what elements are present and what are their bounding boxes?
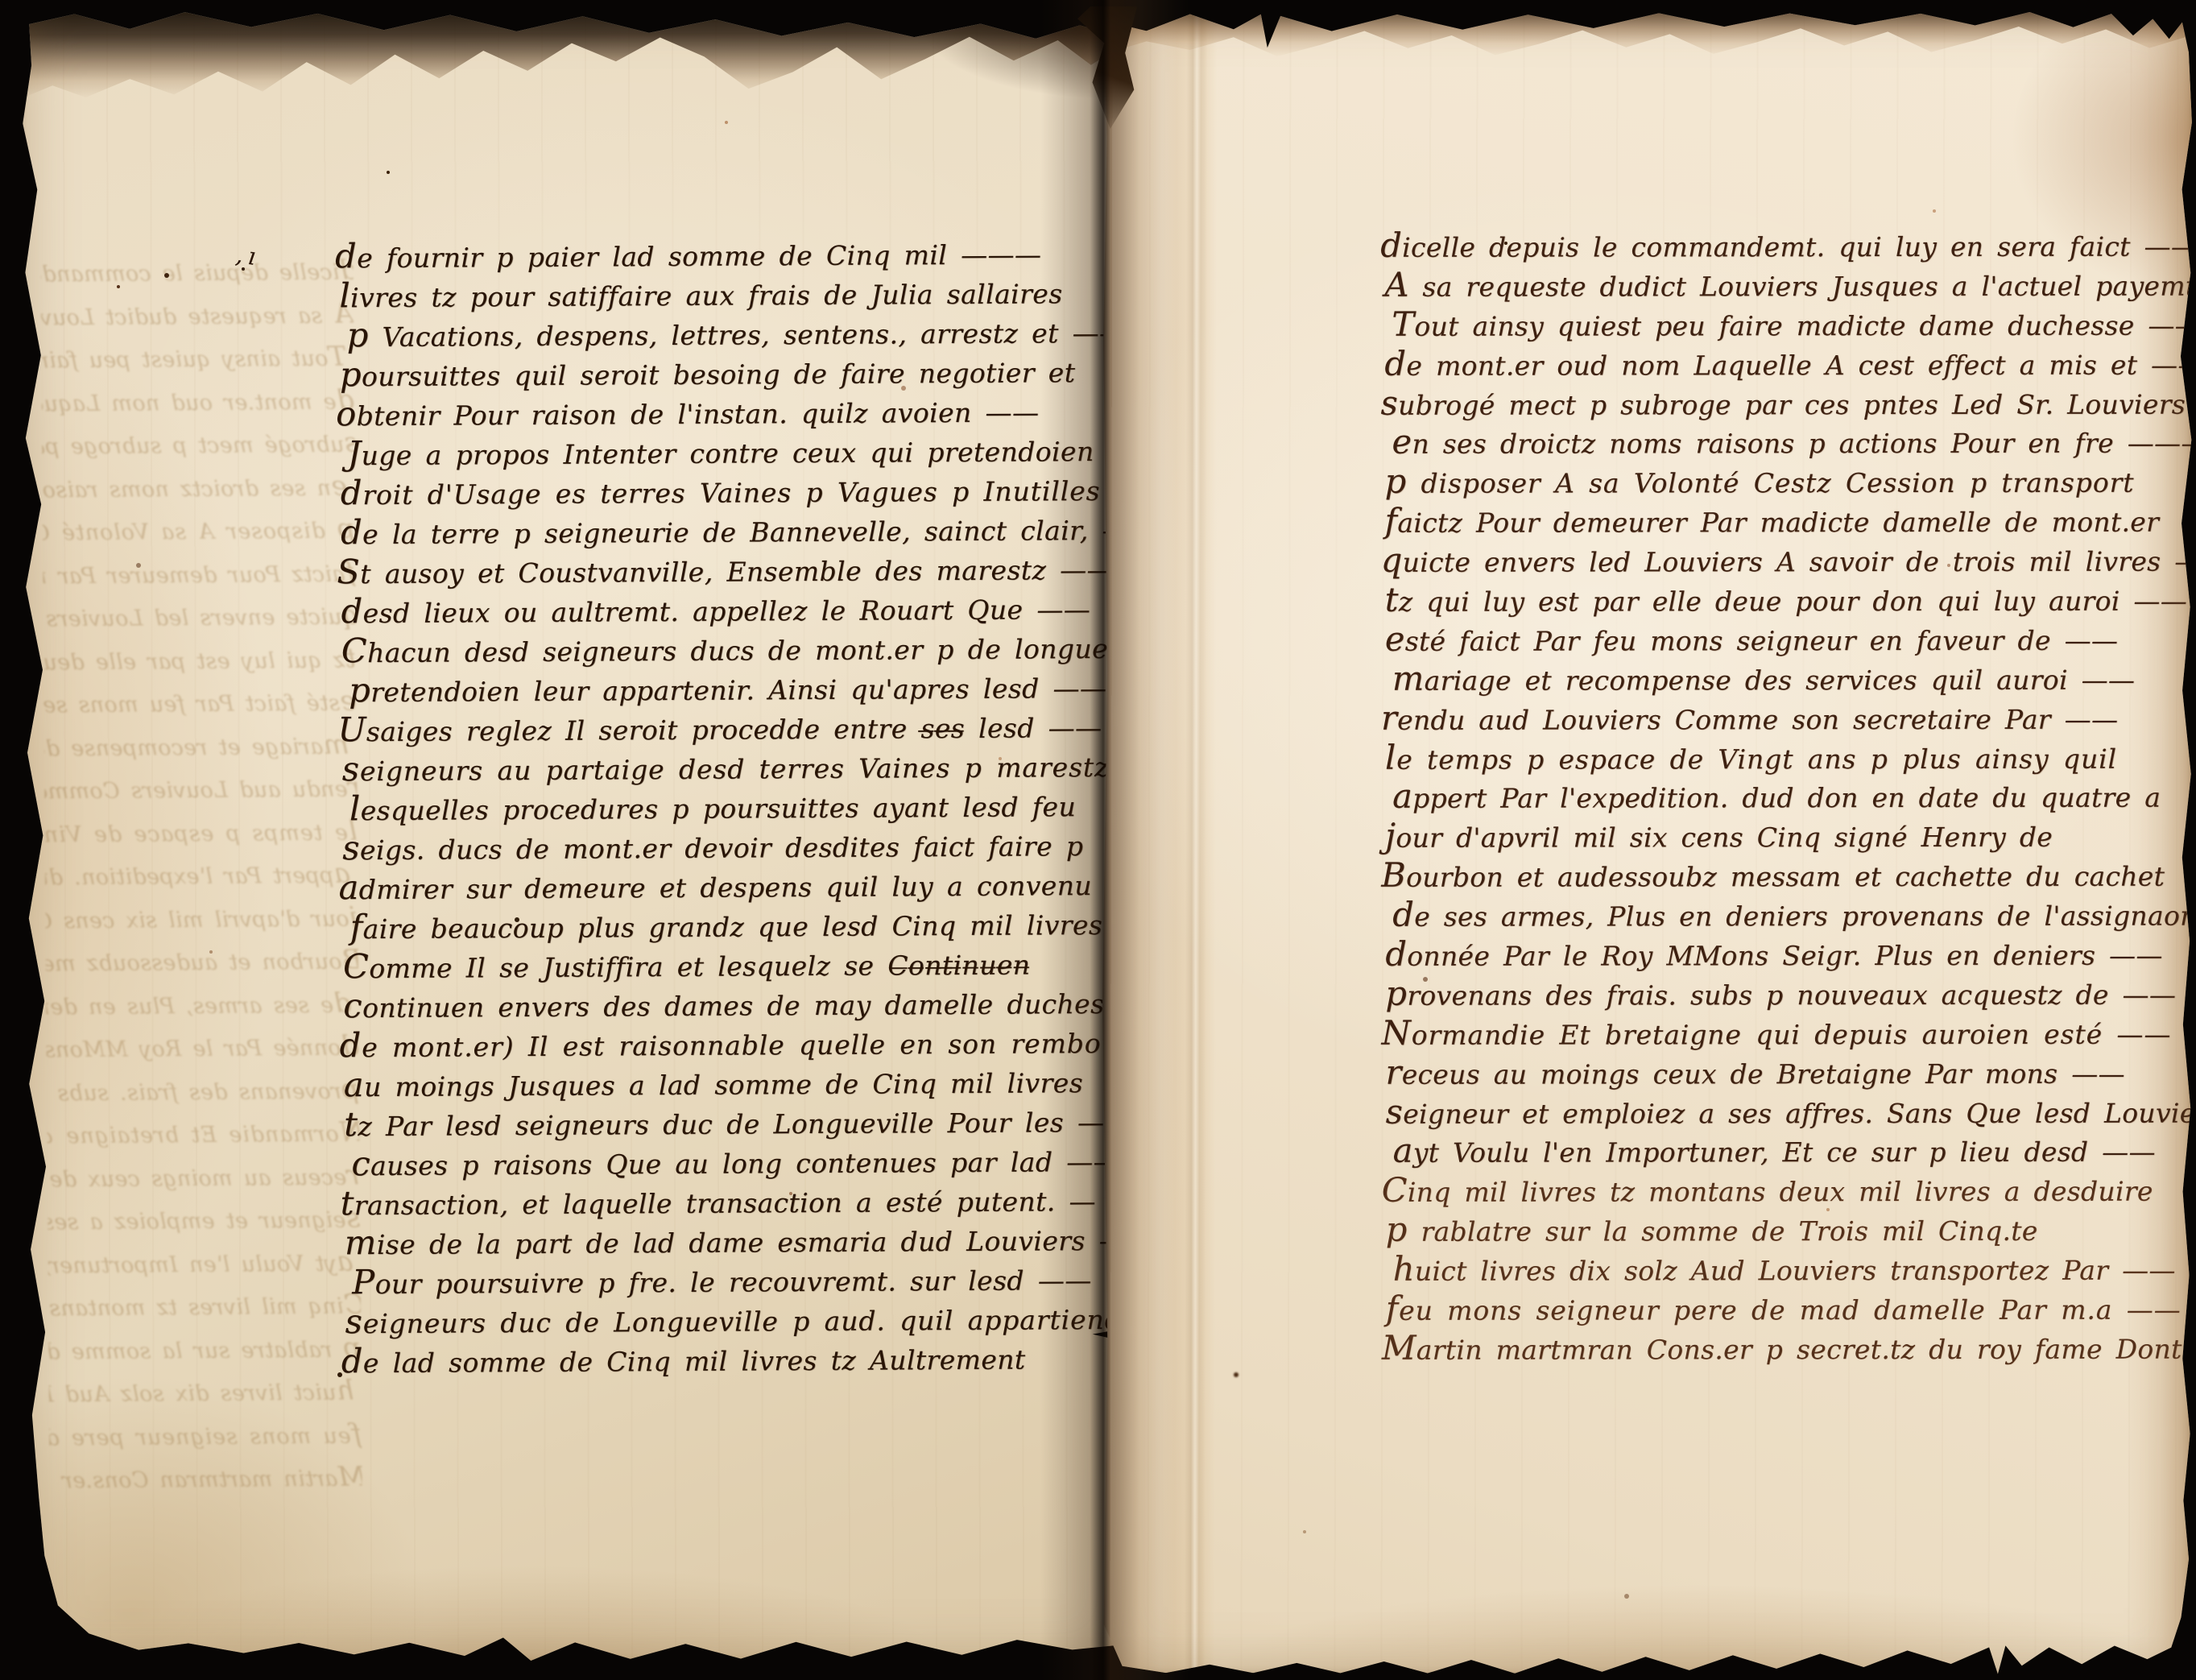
burnt-top-edge-left [19, 6, 1124, 100]
bleedthrough-line: le temps p espace de Vingt ans p plus ai… [44, 809, 357, 854]
manuscript-line: faire beaucoup plus grandz que lesd Cinq… [350, 903, 1108, 946]
manuscript-page-left: dicelle depuis le commandemt. qui luy en… [19, 6, 1127, 1664]
manuscript-line: mise de la part de lad dame esmaria dud … [345, 1219, 1110, 1262]
manuscript-line: de lad somme de Cinq mil livres tz Aultr… [341, 1337, 1110, 1380]
bleedthrough-line: de mont.er oud nom Laquelle A cest effec… [42, 379, 354, 424]
manuscript-line: seigneurs duc de Longueville p aud. quil… [345, 1297, 1110, 1341]
bleedthrough-line: mariage et recompense des services quil … [44, 723, 349, 768]
bleedthrough-line: Tout ainsy quiest peu faire madicte dame… [41, 336, 346, 381]
bleedthrough-line: dicelle depuis le commandemt. qui luy en… [40, 250, 357, 295]
manuscript-line: desd lieux ou aultremt. appellez le Roua… [341, 587, 1106, 631]
manuscript-line: Chacun desd seigneurs ducs de mont.er p … [341, 627, 1106, 670]
manuscript-line: de la terre p seigneurie de Bannevelle, … [341, 508, 1106, 552]
manuscript-line: ayt Voulu l'en Importuner, Et ce sur p l… [1393, 1131, 2151, 1171]
manuscript-line: droit d'Usage es terres Vaines p Vagues … [341, 469, 1106, 512]
manuscript-line: le temps p espace de Vingt ans p plus ai… [1385, 737, 2150, 777]
manuscript-line: Martin martmran Cons.er p secret.tz du r… [1382, 1328, 2151, 1368]
manuscript-line: en ses droictz noms raisons p actions Po… [1392, 422, 2150, 462]
manuscript-line: donnée Par le Roy MMons Seigr. Plus en d… [1385, 934, 2150, 974]
manuscript-line: feu mons seigneur pere de mad damelle Pa… [1386, 1289, 2151, 1329]
manuscript-line: Juge a propos Intenter contre ceux qui p… [347, 429, 1105, 473]
manuscript-page-right: dicelle depuis le commandemt. qui luy en… [1101, 4, 2194, 1676]
bleedthrough-line: esté faict Par feu mons seigneur en fave… [43, 681, 356, 726]
manuscript-line: mariage et recompense des services quil … [1392, 658, 2150, 698]
manuscript-line: Normandie Et bretaigne qui depuis auroie… [1381, 1012, 2150, 1053]
manuscript-line: livres tz pour satiffaire aux frais de J… [339, 271, 1104, 315]
manuscript-line: p rablatre sur la somme de Trois mil Cin… [1386, 1210, 2151, 1250]
manuscript-line: pretendoien leur appartenir. Ainsi qu'ap… [349, 666, 1106, 710]
manuscript-spread: dicelle depuis le commandemt. qui luy en… [0, 0, 2196, 1680]
bleedthrough-line: p rablatre sur la somme de Trois mil Cin… [48, 1326, 361, 1372]
manuscript-line: de mont.er oud nom Laquelle A cest effec… [1384, 343, 2149, 383]
bleedthrough-line: ayt Voulu l'en Importuner, Et ce sur p l… [48, 1240, 353, 1285]
manuscript-line: p Vacations, despens, lettres, sentens.,… [347, 311, 1105, 354]
bleedthrough-line: donnée Par le Roy MMons Seigr. Plus en d… [46, 1025, 358, 1070]
manuscript-line: appert Par l'expedition. dud don en date… [1392, 776, 2150, 817]
bleedthrough-line: Cinq mil livres tz montans deux mil livr… [48, 1283, 362, 1328]
manuscript-line: A sa requeste dudict Louviers Jusques a … [1384, 265, 2149, 305]
handwriting-left: de fournir p paier lad somme de Cinq mil… [339, 232, 1110, 1380]
bleedthrough-line: Bourbon et audessoubz messam et cachette… [46, 939, 362, 984]
manuscript-line: causes p raisons Que au long contenues p… [351, 1140, 1109, 1183]
manuscript-line: St ausoy et Coustvanville, Ensemble des … [337, 548, 1106, 591]
bleedthrough-line: p disposer A sa Volonté Cestz Cession p … [43, 508, 355, 553]
bleedthrough-line: de ses armes, Plus en deniers provenans … [46, 982, 351, 1027]
manuscript-line: tz Par lesd seigneurs duc de Longueville… [344, 1100, 1109, 1144]
bleedthrough-line: seigneur et emploiez a ses affres. Sans … [48, 1198, 360, 1243]
manuscript-line: jour d'apvril mil six cens Cinq signé He… [1385, 816, 2150, 856]
manuscript-line: au moings Jusques a lad somme de Cinq mi… [344, 1061, 1109, 1104]
bleedthrough-line: feu mons seigneur pere de mad damelle Pa… [49, 1413, 362, 1458]
bleedthrough-line: appert Par l'expedition. dud don en date… [45, 853, 350, 898]
manuscript-line: esté faict Par feu mons seigneur en fave… [1385, 619, 2150, 660]
bleedthrough-line: huict livres dix solz Aud Louviers trans… [49, 1370, 354, 1415]
handwriting-right: dicelle depuis le commandemt. qui luy en… [1384, 226, 2151, 1368]
manuscript-line: faictz Pour demeurer Par madicte damelle… [1385, 501, 2150, 541]
manuscript-line: Cinq mil livres tz montans deux mil livr… [1382, 1170, 2151, 1210]
manuscript-line: poursuittes quil seroit besoing de faire… [340, 350, 1105, 394]
manuscript-line: Tout ainsy quiest peu faire madicte dame… [1392, 304, 2149, 344]
manuscript-line: quicte envers led Louviers A savoir de t… [1381, 540, 2150, 581]
manuscript-line: subrogé mect p subroge par ces pntes Led… [1380, 383, 2149, 423]
bleedthrough-line: subrogé mect p subroge par ces pntes Led… [42, 422, 358, 467]
bleedthrough-line: receus au moings ceux de Bretaigne Par m… [48, 1154, 360, 1199]
manuscript-line: Pour poursuivre p fre. le recouvremt. su… [352, 1258, 1110, 1301]
manuscript-line: transaction, et laquelle transaction a e… [341, 1179, 1110, 1223]
bleedthrough-line: faictz Pour demeurer Par madicte damelle… [43, 551, 355, 596]
manuscript-line: de ses armes, Plus en deniers provenans … [1392, 895, 2150, 935]
manuscript-line: obtenir Pour raison de l'instan. quilz a… [336, 390, 1105, 433]
manuscript-line: tz qui luy est par elle deue pour don qu… [1385, 580, 2150, 620]
manuscript-line: huict livres dix solz Aud Louviers trans… [1393, 1249, 2151, 1289]
manuscript-line: continuen envers des dames de may damell… [343, 982, 1108, 1025]
manuscript-line: rendu aud Louviers Comme son secretaire … [1381, 697, 2150, 738]
manuscript-line: Usaiges reglez Il seroit procedde entre … [337, 706, 1106, 749]
manuscript-line: seigneurs au partaige desd terres Vaines… [342, 745, 1107, 788]
manuscript-line: Bourbon et audessoubz messam et cachette… [1381, 855, 2150, 896]
bleedthrough-line: provenans des frais. subs p nouveaux acq… [47, 1068, 359, 1113]
manuscript-line: seigs. ducs de mont.er devoir desdites f… [342, 824, 1107, 867]
manuscript-line: dicelle depuis le commandemt. qui luy en… [1380, 226, 2149, 266]
manuscript-line: lesquelles procedures p poursuittes ayan… [349, 784, 1107, 828]
manuscript-line: receus au moings ceux de Bretaigne Par m… [1385, 1052, 2150, 1092]
margin-pen-marks: ‚ı [234, 241, 263, 272]
bleedthrough-line: tz qui luy est par elle deue pour don qu… [43, 637, 356, 682]
manuscript-line: p disposer A sa Volonté Cestz Cession p … [1385, 461, 2150, 502]
bleedthrough-line: rendu aud Louviers Comme son secretaire … [44, 767, 361, 812]
bleedthrough-line: Normandie Et bretaigne qui depuis auroie… [47, 1111, 362, 1157]
bleedthrough-line: A sa requeste dudict Louviers Jusques a … [41, 292, 354, 337]
bleedthrough-line: quicte envers led Louviers A savoir de t… [43, 594, 360, 639]
manuscript-line: provenans des frais. subs p nouveaux acq… [1385, 974, 2150, 1014]
bleedthrough-line: jour d'apvril mil six cens Cinq signé He… [45, 896, 358, 941]
manuscript-line: admirer sur demeure et despens quil luy … [338, 863, 1107, 907]
ink-bleedthrough-text: dicelle depuis le commandemt. qui luy en… [40, 250, 362, 1508]
manuscript-line: de mont.er) Il est raisonnable quelle en… [339, 1021, 1108, 1065]
manuscript-line: de fournir p paier lad somme de Cinq mil… [335, 232, 1104, 275]
bleedthrough-line: Martin martmran Cons.er p secret.tz du r… [49, 1455, 362, 1500]
manuscript-line: seigneur et emploiez a ses affres. Sans … [1386, 1091, 2151, 1132]
manuscript-line: Comme Il se Justiffira et lesquelz se C̶… [343, 942, 1108, 986]
bleedthrough-line: en ses droictz noms raisons p actions Po… [42, 465, 347, 510]
burnt-top-edge-right [1102, 4, 2193, 59]
